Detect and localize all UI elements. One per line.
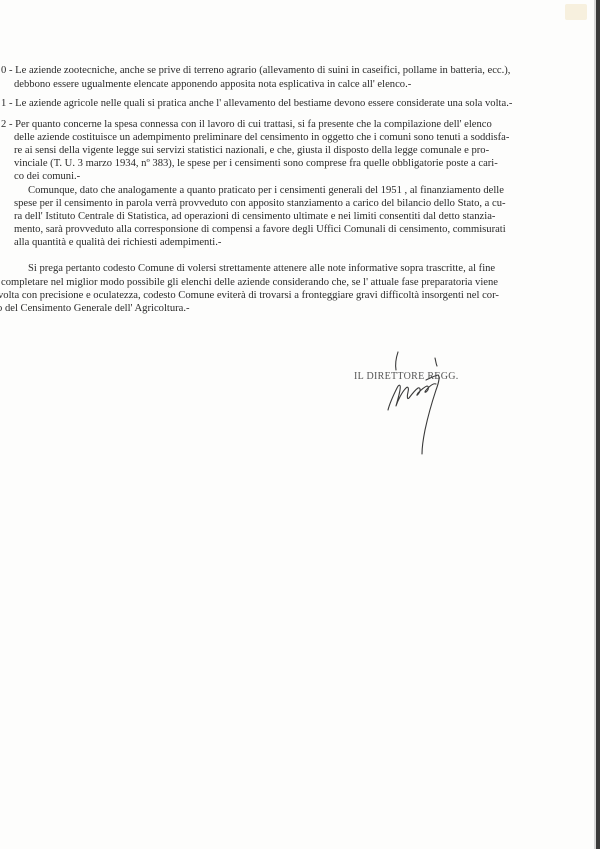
item-0-line-1: 0 - Le aziende zootecniche, anche se pri… xyxy=(1,64,510,77)
item-2-line-1: 2 - Per quanto concerne la spesa conness… xyxy=(1,118,492,131)
item-2-line-9: mento, sarà provveduto alla corresponsio… xyxy=(14,223,506,236)
closing-line-4: o del Censimento Generale dell' Agricolt… xyxy=(0,302,190,315)
item-2-line-2: delle aziende costituisce un adempimento… xyxy=(14,131,509,144)
item-2-line-6: Comunque, dato che analogamente a quanto… xyxy=(28,184,504,197)
paper-stain xyxy=(565,4,587,20)
item-2-line-10: alla quantità e qualità dei richiesti ad… xyxy=(14,236,221,249)
item-2-line-3: re ai sensi della vigente legge sui serv… xyxy=(14,144,489,157)
closing-line-1: Si prega pertanto codesto Comune di vole… xyxy=(28,262,495,275)
closing-line-3: volta con precisione e oculatezza, codes… xyxy=(0,289,499,302)
document-page: 0 - Le aziende zootecniche, anche se pri… xyxy=(0,0,596,849)
scan-edge-dark xyxy=(596,0,600,849)
item-2-line-4: vinciale (T. U. 3 marzo 1934, nº 383), l… xyxy=(14,157,498,170)
item-2-line-7: spese per il censimento in parola verrà … xyxy=(14,197,506,210)
item-0-line-2: debbono essere ugualmente elencate appon… xyxy=(14,78,411,91)
handwritten-signature xyxy=(370,350,480,460)
item-2-line-8: ra dell' Istituto Centrale di Statistica… xyxy=(14,210,495,223)
item-2-line-5: co dei comuni.- xyxy=(14,170,80,183)
item-1-line-1: 1 - Le aziende agricole nelle quali si p… xyxy=(1,97,512,110)
closing-line-2: completare nel miglior modo possibile gl… xyxy=(1,276,498,289)
